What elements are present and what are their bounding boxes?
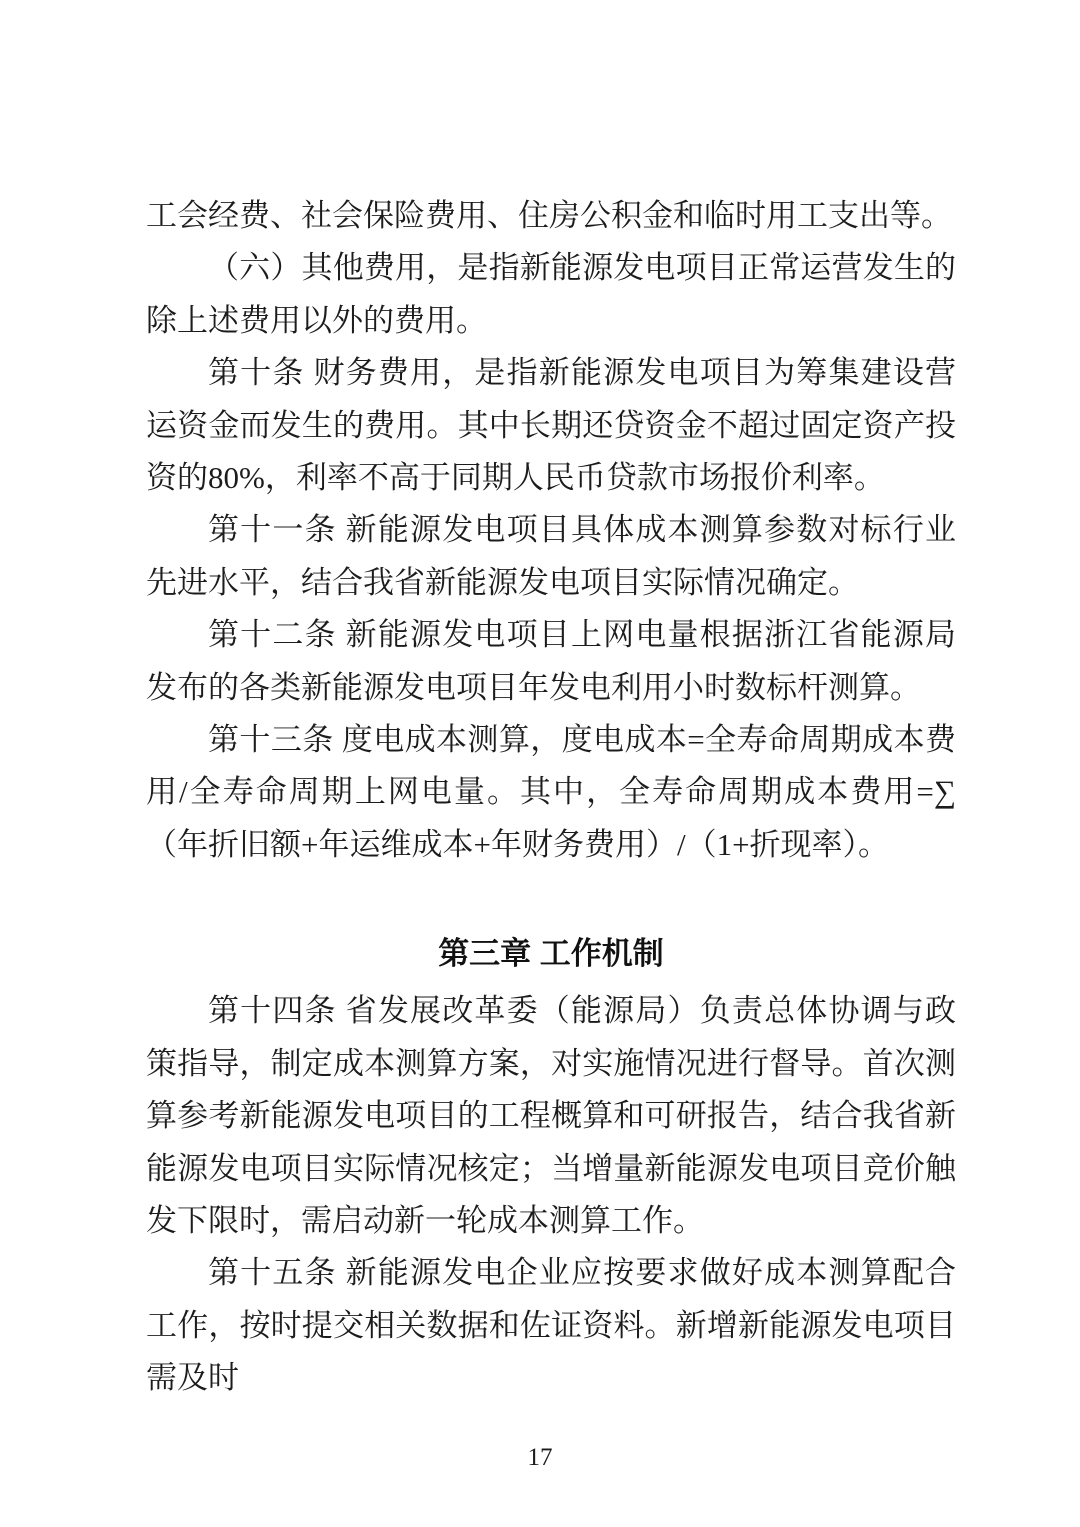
page-body: 工会经费、社会保险费用、住房公积金和临时用工支出等。 （六）其他费用，是指新能源…: [146, 190, 956, 1405]
paragraph-article-12-grid-electricity: 第十二条 新能源发电项目上网电量根据浙江省能源局发布的各类新能源发电项目年发电利…: [146, 609, 956, 714]
paragraph-article-15-enterprise-cooperation: 第十五条 新能源发电企业应按要求做好成本测算配合工作，按时提交相关数据和佐证资料…: [146, 1247, 956, 1404]
paragraph-article-10-finance-fees: 第十条 财务费用，是指新能源发电项目为筹集建设营运资金而发生的费用。其中长期还贷…: [146, 347, 956, 504]
chapter-heading-work-mechanism: 第三章 工作机制: [146, 923, 956, 985]
page-footer: 17: [0, 1442, 1080, 1474]
page-number: 17: [528, 1444, 553, 1471]
document-page: 工会经费、社会保险费用、住房公积金和临时用工支出等。 （六）其他费用，是指新能源…: [0, 0, 1080, 1527]
paragraph-article-13-unit-cost-formula: 第十三条 度电成本测算，度电成本=全寿命周期成本费用/全寿命周期上网电量。其中，…: [146, 714, 956, 871]
paragraph-article-11-cost-parameters: 第十一条 新能源发电项目具体成本测算参数对标行业先进水平，结合我省新能源发电项目…: [146, 504, 956, 609]
paragraph-article-14-provincial-commission: 第十四条 省发展改革委（能源局）负责总体协调与政策指导，制定成本测算方案，对实施…: [146, 985, 956, 1247]
paragraph-trade-union-fees: 工会经费、社会保险费用、住房公积金和临时用工支出等。: [146, 190, 956, 242]
paragraph-item-six-other-fees: （六）其他费用，是指新能源发电项目正常运营发生的除上述费用以外的费用。: [146, 242, 956, 347]
